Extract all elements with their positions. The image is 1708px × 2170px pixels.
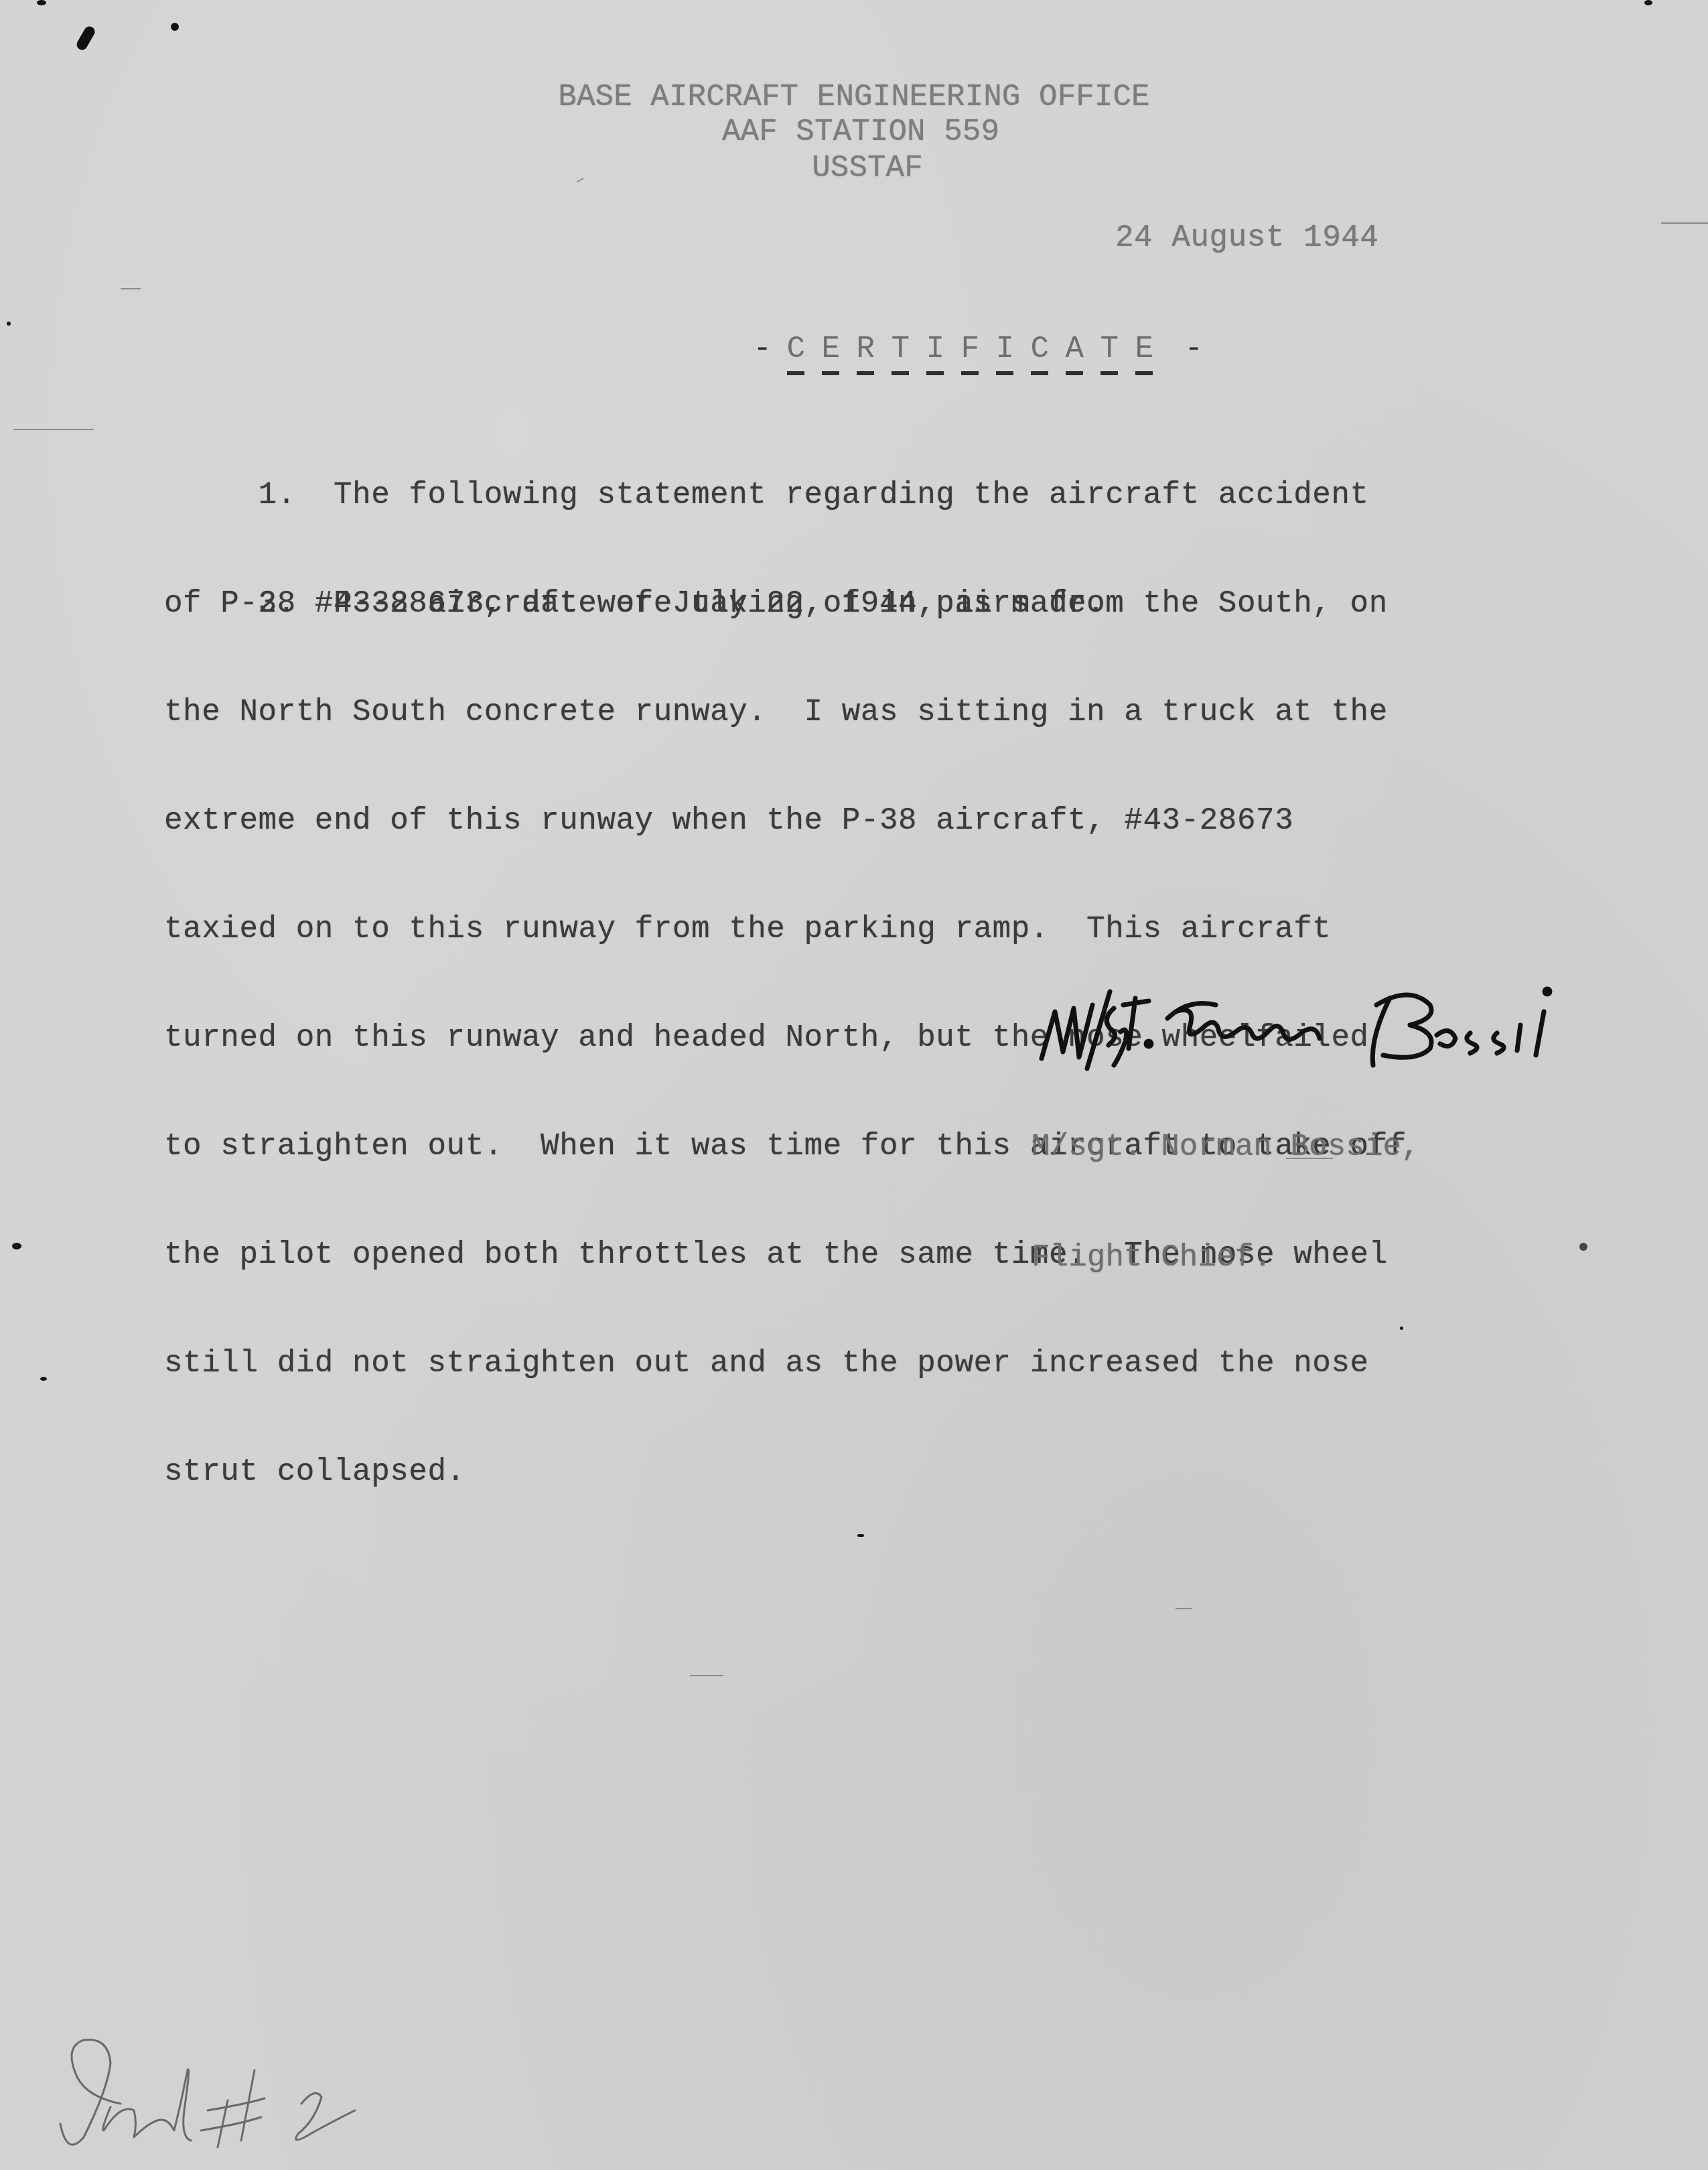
paragraph-line: 1. The following statement regarding the…: [164, 477, 1369, 513]
title-text: CERTIFICATE: [738, 375, 739, 376]
ink-speck: [1400, 1327, 1403, 1330]
ink-speck: [7, 322, 11, 326]
document-date: 24 August 1944: [1115, 220, 1378, 256]
ink-speck: [171, 23, 179, 31]
title-dash-left: -: [753, 331, 772, 367]
ink-speck: [40, 1377, 47, 1381]
title-dash-right: -: [1185, 331, 1204, 367]
signature-block: M/sgt. Norman Bossie, Flight Chief.: [1031, 1055, 1420, 1350]
paragraph-line: extreme end of this runway when the P-38…: [164, 803, 1407, 839]
title-letter: R: [857, 331, 874, 375]
title-letter: T: [1100, 331, 1118, 375]
ink-speck: [1579, 1243, 1587, 1251]
scan-artifact: [1286, 1158, 1333, 1159]
scan-artifact: [121, 288, 141, 289]
title-letter: I: [996, 331, 1013, 375]
paragraph-line: still did not straighten out and as the …: [164, 1345, 1407, 1381]
title-letter: E: [1135, 331, 1153, 375]
paragraph-line: the North South concrete runway. I was s…: [164, 694, 1407, 730]
title-letter: C: [1031, 331, 1048, 375]
title-letter: C: [787, 331, 804, 375]
ink-speck: [37, 0, 46, 5]
ink-speck: [12, 1243, 21, 1249]
ink-speck: [75, 25, 97, 52]
title-letter: I: [926, 331, 944, 375]
letterhead-command: USSTAF: [0, 150, 1708, 186]
scanned-page: BASE AIRCRAFT ENGINEERING OFFICE AAF STA…: [0, 0, 1708, 2170]
title-letter: F: [961, 331, 979, 375]
ink-speck: [1644, 0, 1652, 5]
title-letter: E: [822, 331, 839, 375]
title-letter: A: [1066, 331, 1083, 375]
handwritten-inclosure-note: Incl #2: [47, 2023, 362, 2164]
letterhead-office: BASE AIRCRAFT ENGINEERING OFFICE: [0, 79, 1708, 115]
scan-artifact: [1661, 222, 1708, 224]
title-letter: T: [892, 331, 909, 375]
scan-artifact: [13, 429, 94, 430]
signer-title: Flight Chief.: [1031, 1239, 1420, 1276]
ink-speck: [857, 1534, 864, 1537]
scan-artifact: [1176, 1608, 1192, 1609]
letterhead-station: AAF STATION 559: [0, 114, 1708, 150]
signer-name: M/sgt. Norman Bossie,: [1031, 1129, 1420, 1166]
scan-artifact: [690, 1675, 723, 1676]
paragraph-line: taxied on to this runway from the parkin…: [164, 911, 1407, 947]
paragraph-line: strut collapsed.: [164, 1454, 1407, 1490]
paragraph-line: 2. P-38 aircraft were taking of in pairs…: [164, 586, 1407, 622]
